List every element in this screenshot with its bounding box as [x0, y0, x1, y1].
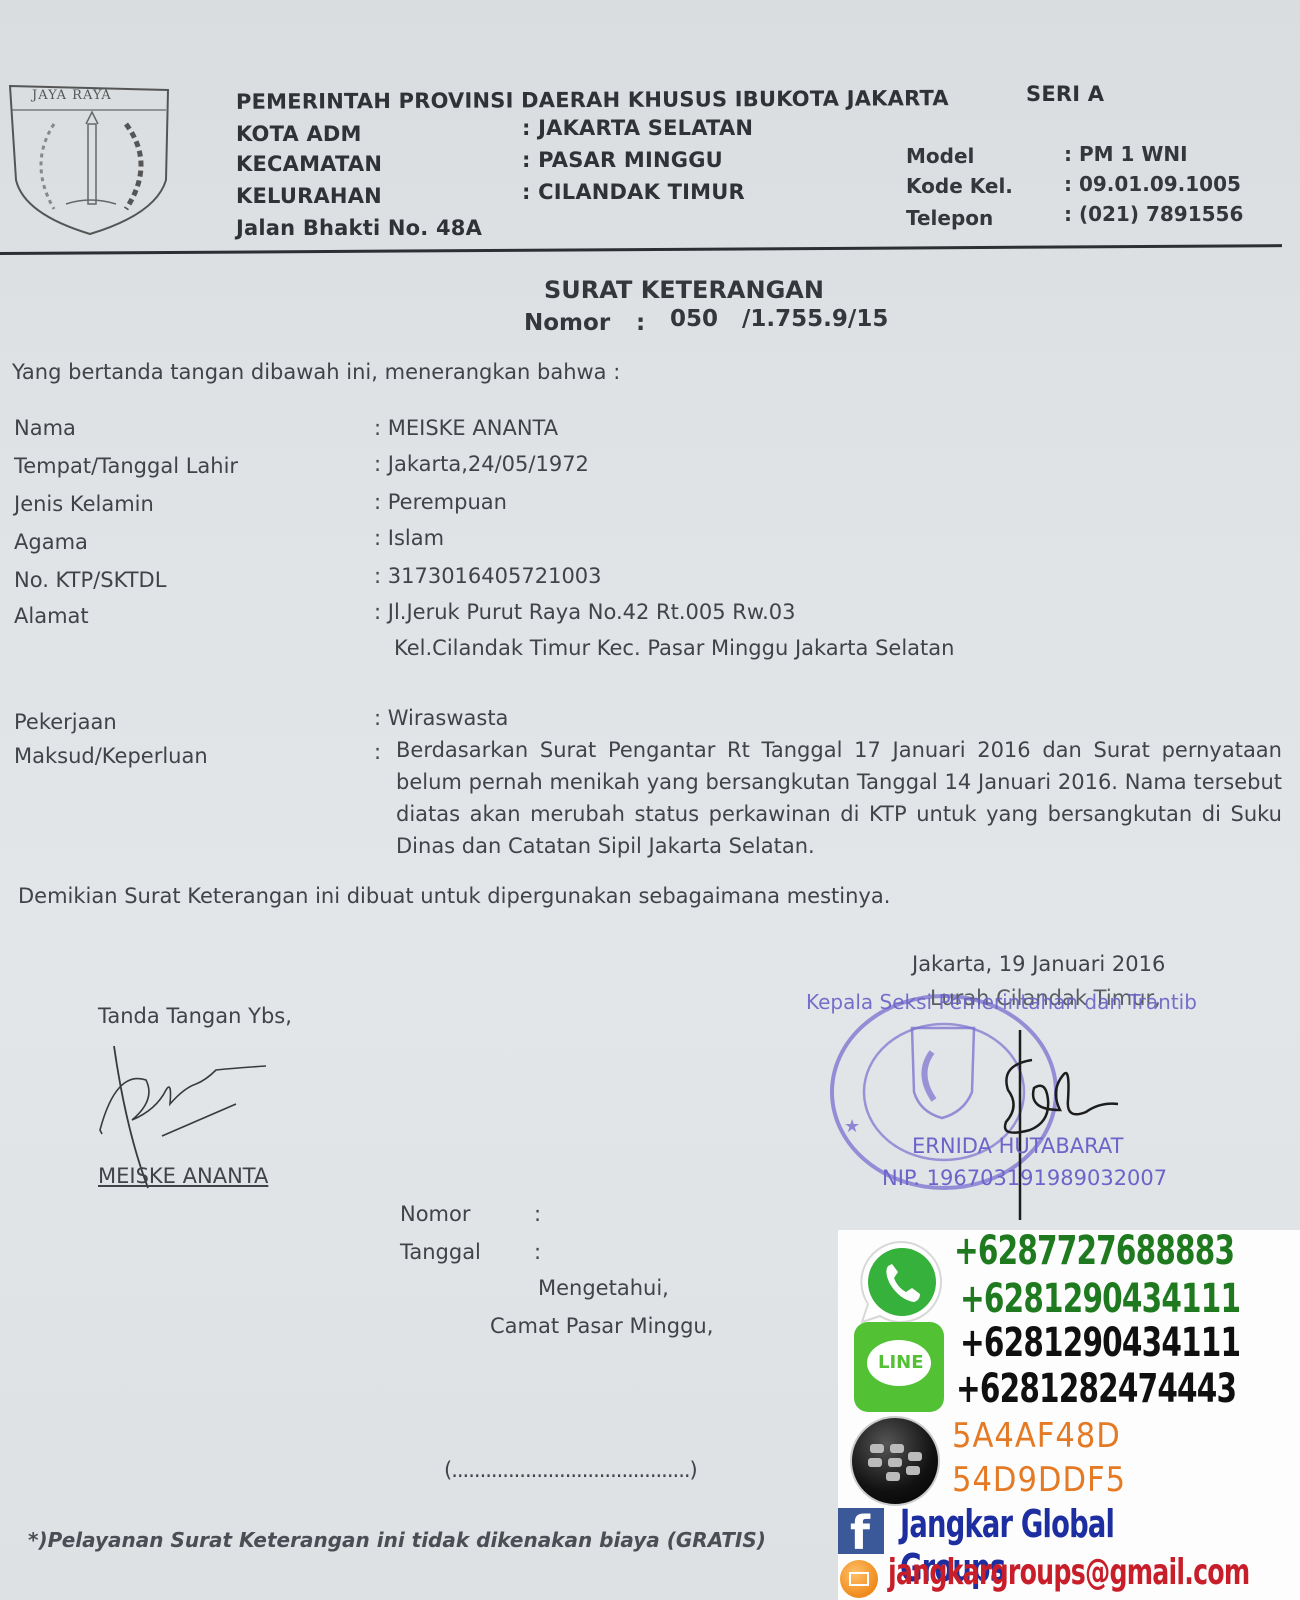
blackberry-messenger-icon[interactable]	[850, 1416, 940, 1506]
camat-number-label: Nomor	[400, 1202, 471, 1226]
field-value-nama: : MEISKE ANANTA	[374, 416, 558, 440]
kecamatan-value: : PASAR MINGGU	[522, 148, 723, 172]
official-name: ERNIDA HUTABARAT	[912, 1134, 1123, 1158]
facebook-glyph: f	[850, 1506, 870, 1560]
field-value-ktp: : 3173016405721003	[374, 564, 602, 588]
place-date: Jakarta, 19 Januari 2016	[912, 952, 1165, 976]
emblem-caption: JAYA RAYA	[32, 88, 112, 103]
document-title: SURAT KETERANGAN	[544, 276, 824, 304]
line-icon[interactable]: LINE	[854, 1322, 944, 1412]
camat-title: Camat Pasar Minggu,	[490, 1314, 713, 1338]
kota-value: : JAKARTA SELATAN	[522, 116, 753, 140]
line-number-2[interactable]: +6281282474443	[956, 1366, 1236, 1412]
closing-text: Demikian Surat Keterangan ini dibuat unt…	[18, 884, 890, 908]
kelurahan-label: KELURAHAN	[236, 184, 382, 208]
office-address: Jalan Bhakti No. 48A	[236, 216, 482, 240]
jakarta-emblem-icon: JAYA RAYA	[6, 84, 170, 238]
field-value-alamat: : Jl.Jeruk Purut Raya No.42 Rt.005 Rw.03	[374, 600, 796, 624]
government-name: PEMERINTAH PROVINSI DAERAH KHUSUS IBUKOT…	[236, 86, 949, 114]
telepon-label: Telepon	[906, 206, 993, 230]
whatsapp-number-2[interactable]: +6281290434111	[960, 1276, 1240, 1322]
line-label: LINE	[878, 1352, 924, 1373]
camat-number-colon: :	[534, 1202, 541, 1226]
acknowledge-label: Mengetahui,	[538, 1276, 669, 1300]
svg-text:★: ★	[844, 1116, 860, 1137]
camat-date-label: Tanggal	[400, 1240, 481, 1264]
field-label-agama: Agama	[14, 530, 88, 554]
contact-panel: +6287727688883 +6281290434111 LINE +6281…	[838, 1230, 1300, 1600]
kode-kel-value: : 09.01.09.1005	[1064, 172, 1241, 196]
envelope-shape	[849, 1572, 869, 1586]
facebook-icon[interactable]: f	[838, 1508, 884, 1554]
bbm-pin-1[interactable]: 5A4AF48D	[952, 1416, 1121, 1456]
kota-label: KOTA ADM	[236, 122, 362, 146]
camat-date-colon: :	[534, 1240, 541, 1264]
official-nip: NIP. 196703191989032007	[882, 1166, 1167, 1190]
footnote: *)Pelayanan Surat Keterangan ini tidak d…	[28, 1528, 766, 1552]
official-signature-icon	[990, 1030, 1130, 1230]
kode-kel-label: Kode Kel.	[906, 174, 1013, 198]
camat-signature-blank: (.......................................…	[444, 1458, 697, 1482]
field-value-agama: : Islam	[374, 526, 444, 550]
telepon-value: : (021) 7891556	[1064, 202, 1243, 226]
number-label: Nomor	[524, 310, 610, 336]
whatsapp-icon[interactable]	[856, 1238, 948, 1326]
field-value-ttl: : Jakarta,24/05/1972	[374, 452, 589, 476]
field-label-ttl: Tempat/Tanggal Lahir	[14, 454, 238, 478]
field-label-nama: Nama	[14, 416, 76, 440]
field-value-pekerjaan: : Wiraswasta	[374, 706, 508, 730]
field-value-maksud: Berdasarkan Surat Pengantar Rt Tanggal 1…	[396, 734, 1282, 862]
field-label-maksud: Maksud/Keperluan	[14, 744, 208, 768]
document-number: 050 /1.755.9/15	[670, 306, 888, 332]
field-maksud-colon: :	[374, 740, 381, 764]
field-label-gender: Jenis Kelamin	[14, 492, 154, 516]
kelurahan-value: : CILANDAK TIMUR	[522, 180, 745, 204]
email-address[interactable]: jangkargroups@gmail.com	[888, 1552, 1249, 1593]
stamp-title: Kepala Seksi Pemerintahan dan Trantib	[806, 990, 1197, 1014]
model-label: Model	[906, 144, 974, 168]
number-colon: :	[636, 310, 645, 336]
field-label-pekerjaan: Pekerjaan	[14, 710, 117, 734]
kecamatan-label: KECAMATAN	[236, 152, 382, 176]
intro-text: Yang bertanda tangan dibawah ini, menera…	[12, 360, 620, 384]
email-icon	[840, 1560, 878, 1598]
series-label: SERI A	[1026, 82, 1104, 106]
applicant-sign-label: Tanda Tangan Ybs,	[98, 1004, 292, 1028]
model-value: : PM 1 WNI	[1064, 142, 1188, 166]
header-divider	[0, 244, 1282, 255]
field-value-alamat-line2: Kel.Cilandak Timur Kec. Pasar Minggu Jak…	[394, 636, 954, 660]
whatsapp-number-1[interactable]: +6287727688883	[954, 1228, 1234, 1274]
applicant-name: MEISKE ANANTA	[98, 1164, 268, 1188]
line-number-1[interactable]: +6281290434111	[960, 1320, 1240, 1366]
field-label-ktp: No. KTP/SKTDL	[14, 568, 166, 592]
field-label-alamat: Alamat	[14, 604, 89, 628]
bbm-pin-2[interactable]: 54D9DDF5	[952, 1460, 1126, 1500]
field-value-gender: : Perempuan	[374, 490, 507, 514]
